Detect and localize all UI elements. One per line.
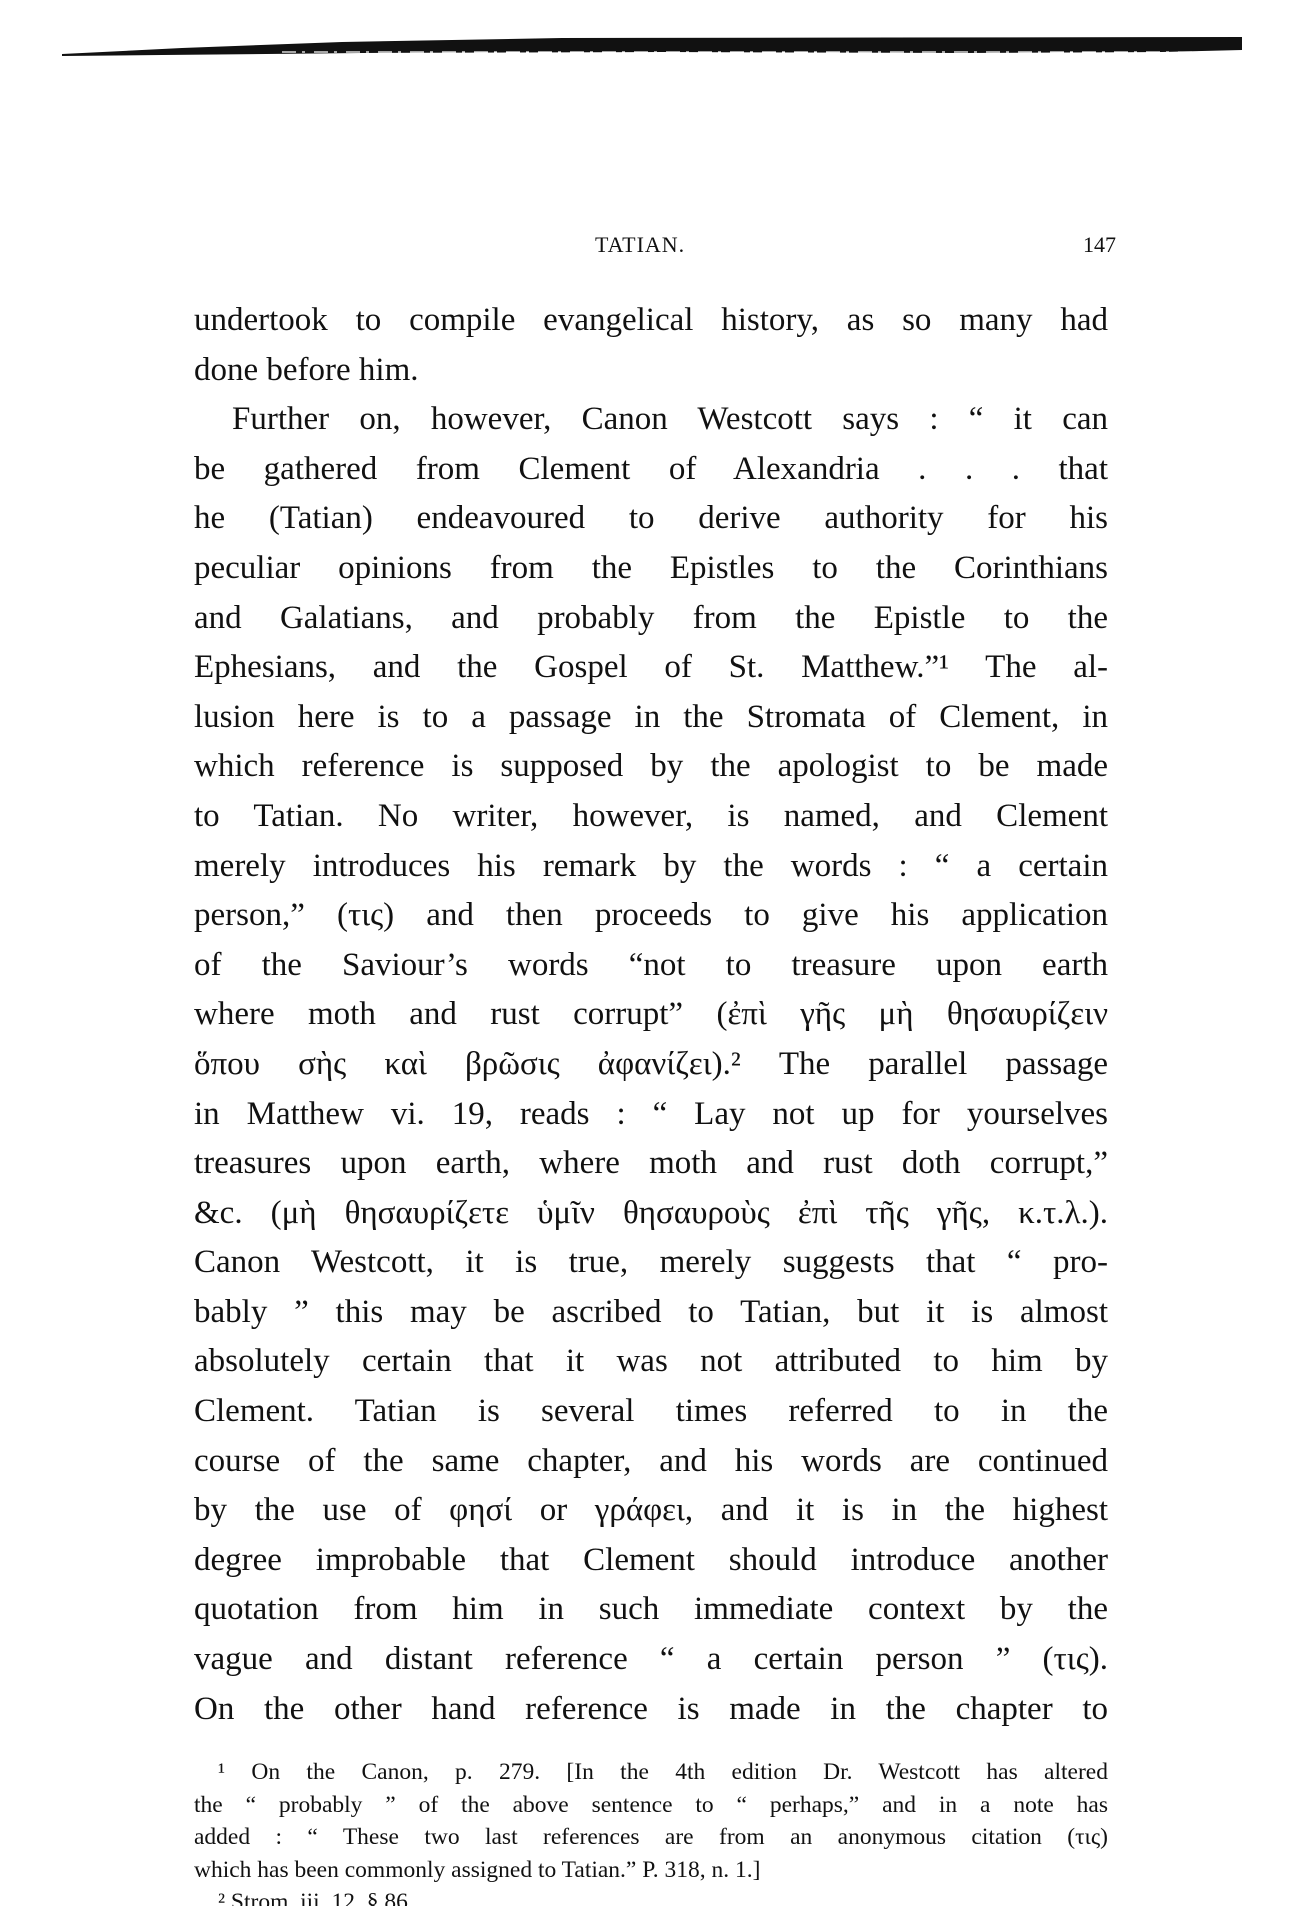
text-line: lusion here is to a passage in the Strom… [194, 693, 1108, 743]
text-line: On the other hand reference is made in t… [194, 1685, 1108, 1735]
text-line: absolutely certain that it was not attri… [194, 1337, 1108, 1387]
text-line: quotation from him in such immediate con… [194, 1585, 1108, 1635]
text-line: ὅπου σὴς καὶ βρῶσις ἀφανίζει).² The para… [194, 1040, 1108, 1090]
text-line: course of the same chapter, and his word… [194, 1437, 1108, 1487]
scan-artifact-bar [62, 34, 1242, 60]
footnote-line: added : “ These two last references are … [194, 1821, 1108, 1854]
text-line: &c. (μὴ θησαυρίζετε ὑμῖν θησαυροὺς ἐπὶ τ… [194, 1189, 1108, 1239]
text-line: where moth and rust corrupt” (ἐπὶ γῆς μὴ… [194, 990, 1108, 1040]
text-line: undertook to compile evangelical history… [194, 296, 1108, 346]
text-line: Ephesians, and the Gospel of St. Matthew… [194, 643, 1108, 693]
text-line: done before him. [194, 346, 1108, 396]
running-title: TATIAN. [595, 232, 685, 258]
running-head: TATIAN. 147 [0, 232, 1292, 262]
text-line: of the Saviour’s words “not to treasure … [194, 941, 1108, 991]
footnote-line: the “ probably ” of the above sentence t… [194, 1789, 1108, 1822]
text-line: degree improbable that Clement should in… [194, 1536, 1108, 1586]
text-line: treasures upon earth, where moth and rus… [194, 1139, 1108, 1189]
text-line: Clement. Tatian is several times referre… [194, 1387, 1108, 1437]
footnote-line: ² Strom. iii. 12, § 86. [194, 1886, 1108, 1906]
footnote-line: ¹ On the Canon, p. 279. [In the 4th edit… [194, 1756, 1108, 1789]
text-line: Further on, however, Canon Westcott says… [194, 395, 1108, 445]
text-line: Canon Westcott, it is true, merely sugge… [194, 1238, 1108, 1288]
text-line: merely introduces his remark by the word… [194, 842, 1108, 892]
page-number: 147 [1083, 232, 1116, 258]
footnote-line: which has been commonly assigned to Tati… [194, 1854, 1108, 1887]
text-line: which reference is supposed by the apolo… [194, 742, 1108, 792]
text-line: bably ” this may be ascribed to Tatian, … [194, 1288, 1108, 1338]
text-line: he (Tatian) endeavoured to derive author… [194, 494, 1108, 544]
text-line: by the use of φησί or γράφει, and it is … [194, 1486, 1108, 1536]
text-line: peculiar opinions from the Epistles to t… [194, 544, 1108, 594]
text-line: and Galatians, and probably from the Epi… [194, 594, 1108, 644]
text-line: to Tatian. No writer, however, is named,… [194, 792, 1108, 842]
text-line: in Matthew vi. 19, reads : “ Lay not up … [194, 1090, 1108, 1140]
footnotes: ¹ On the Canon, p. 279. [In the 4th edit… [194, 1756, 1108, 1906]
text-line: be gathered from Clement of Alexandria .… [194, 445, 1108, 495]
body-text: undertook to compile evangelical history… [194, 296, 1108, 1734]
text-line: person,” (τις) and then proceeds to give… [194, 891, 1108, 941]
text-line: vague and distant reference “ a certain … [194, 1635, 1108, 1685]
